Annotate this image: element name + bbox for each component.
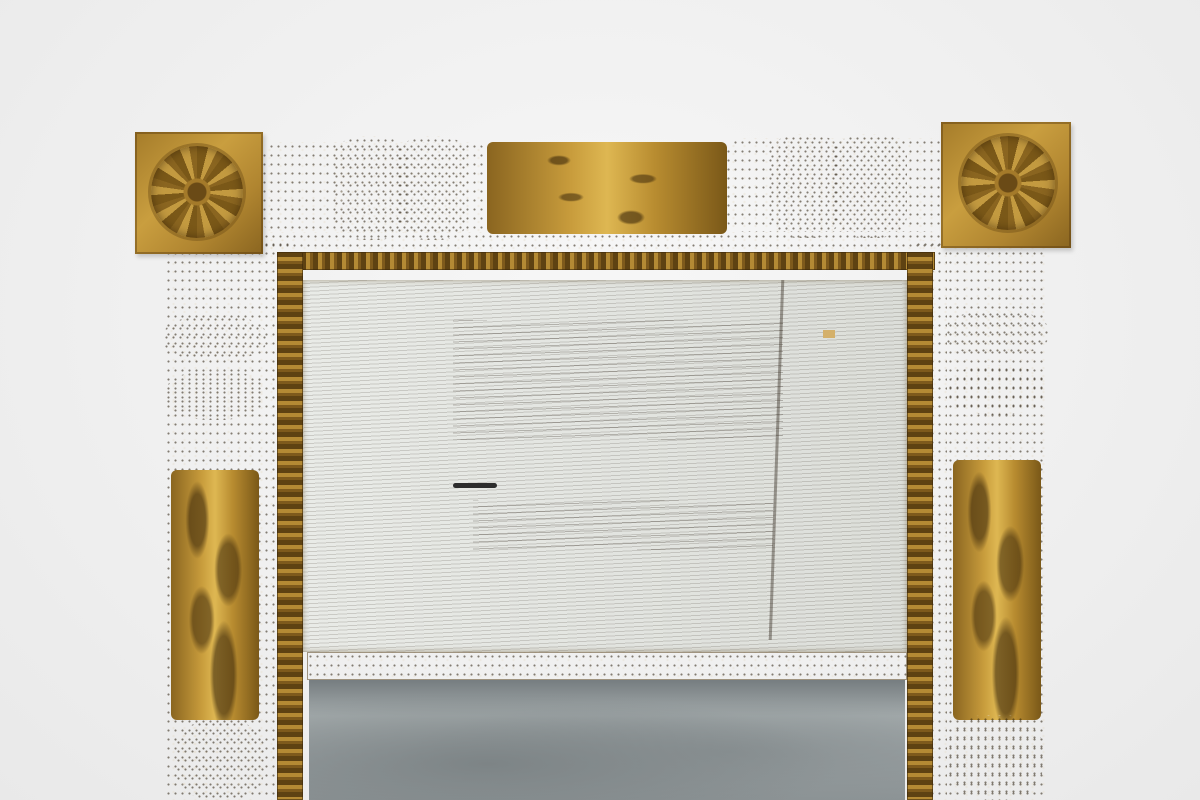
right-column-ring — [947, 365, 1047, 415]
top-rail-bead — [833, 134, 907, 238]
lower-mirror-glass — [309, 680, 905, 800]
desilvering-streaks — [453, 320, 783, 440]
mirror-frame — [135, 120, 1070, 800]
right-column-ring — [945, 310, 1049, 356]
upper-mirror-glass — [303, 280, 907, 652]
top-rail-bead — [333, 136, 407, 240]
left-column-ring — [165, 370, 265, 420]
top-rail-bead — [769, 134, 841, 238]
right-acanthus-carving — [953, 460, 1041, 720]
left-acanthus-carving — [171, 470, 259, 720]
right-column-base-ring — [947, 715, 1043, 800]
left-column-base-ring — [175, 720, 265, 800]
top-rail-bead — [397, 136, 469, 240]
dark-spot — [453, 483, 497, 488]
mirror-divider-rail — [307, 652, 907, 680]
left-column-ring — [163, 315, 267, 361]
left-corner-block — [135, 132, 263, 254]
left-rosette-icon — [151, 146, 243, 238]
inner-leaf-border-top — [277, 252, 935, 270]
right-rosette-icon — [961, 136, 1055, 230]
right-corner-block — [941, 122, 1071, 248]
amber-spot — [823, 330, 835, 338]
desilvering-streaks — [473, 500, 773, 550]
inner-leaf-border-left — [277, 252, 303, 800]
inner-leaf-border-right — [907, 252, 933, 800]
top-rail-acanthus-frieze — [487, 142, 727, 234]
